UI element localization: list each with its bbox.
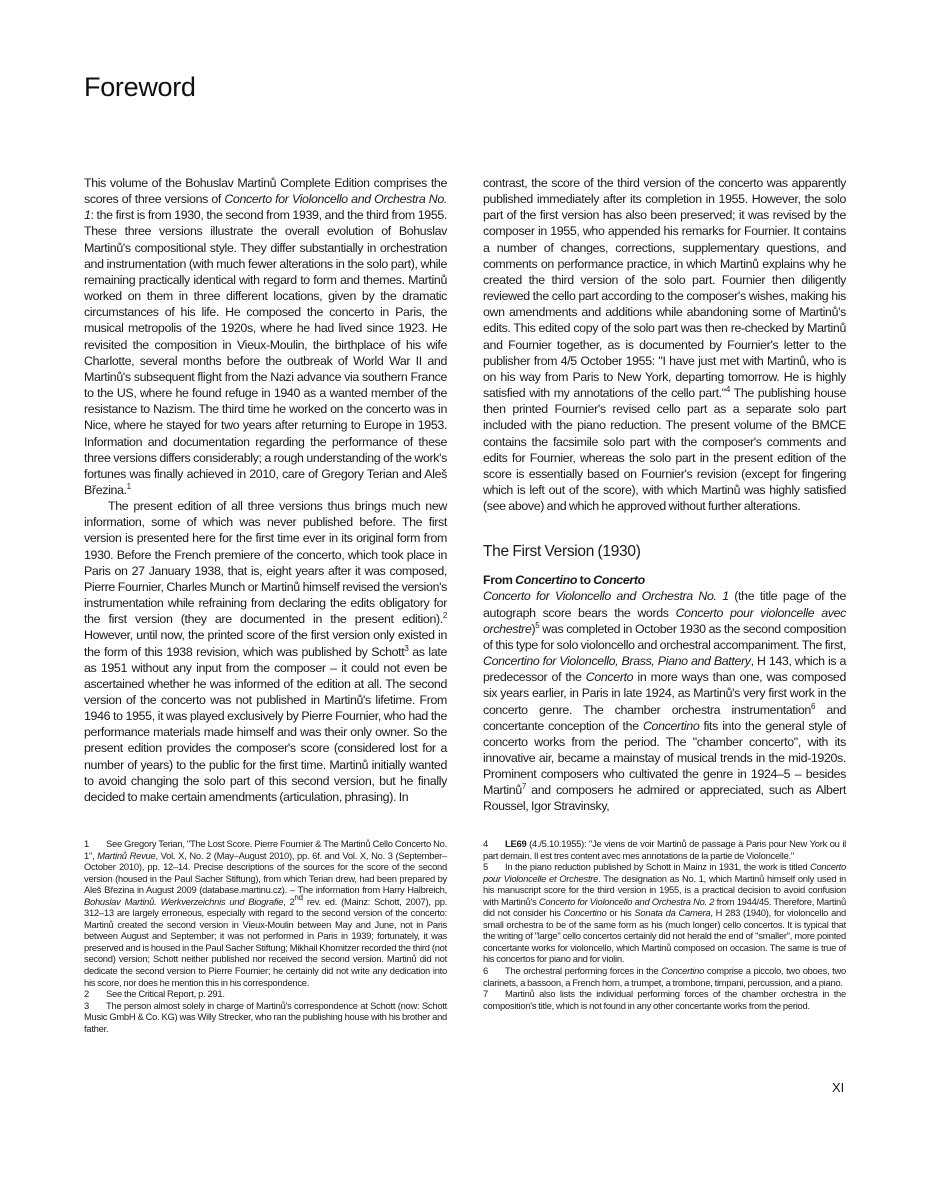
footnote-1: 1See Gregory Terian, "The Lost Score. Pi…	[84, 838, 447, 988]
right-body-column: contrast, the score of the third version…	[483, 175, 846, 815]
left-body-column: This volume of the Bohuslav Martinů Comp…	[84, 175, 447, 805]
paragraph-present-edition: The present edition of all three version…	[84, 498, 447, 805]
section-heading: The First Version (1930)	[483, 542, 846, 562]
footnote-ref-1[interactable]: 1	[127, 482, 131, 491]
page-number: XI	[832, 1080, 844, 1095]
page-title: Foreword	[84, 72, 196, 103]
paragraph-continuation: contrast, the score of the third version…	[483, 175, 846, 514]
footnote-4: 4LE69 (4./5.10.1955): "Je viens de voir …	[483, 838, 846, 861]
footnote-2: 2See the Critical Report, p. 291.	[84, 988, 447, 1000]
paragraph-intro: This volume of the Bohuslav Martinů Comp…	[84, 175, 447, 498]
footnote-3: 3The person almost solely in charge of M…	[84, 1000, 447, 1035]
footnotes-right: 4LE69 (4./5.10.1955): "Je viens de voir …	[483, 838, 846, 1011]
footnote-6: 6The orchestral performing forces in the…	[483, 965, 846, 988]
footnote-7: 7Martinů also lists the individual perfo…	[483, 988, 846, 1011]
footnote-ref-2[interactable]: 2	[443, 611, 447, 620]
footnote-5: 5In the piano reduction published by Sch…	[483, 861, 846, 965]
subheading: From Concertino to Concerto	[483, 572, 846, 588]
footnotes-left: 1See Gregory Terian, "The Lost Score. Pi…	[84, 838, 447, 1034]
paragraph-first-version: Concerto for Violoncello and Orchestra N…	[483, 588, 846, 814]
